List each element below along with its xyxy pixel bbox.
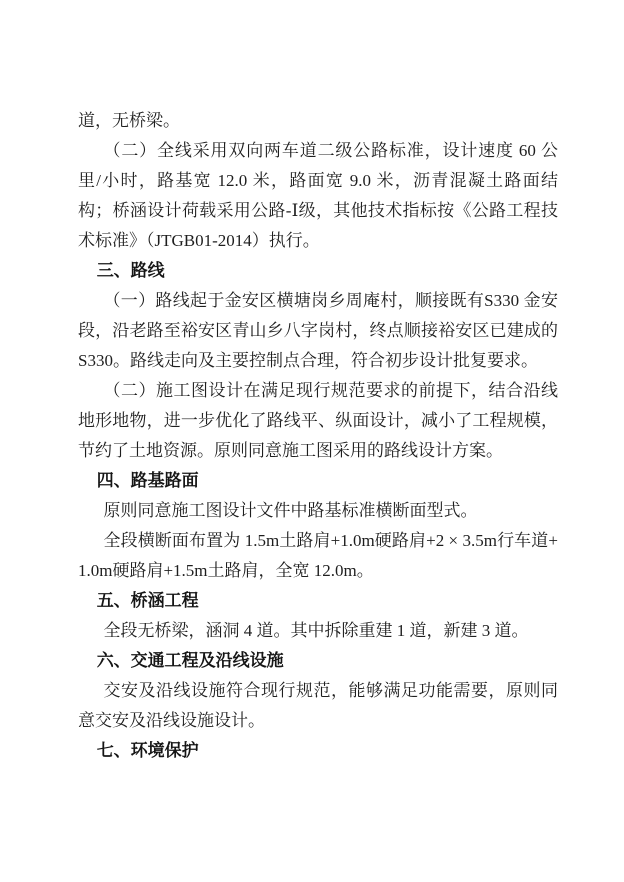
section-heading-traffic: 六、交通工程及沿线设施: [78, 646, 558, 676]
paragraph-cross-section: 全段横断面布置为 1.5m土路肩+1.0m硬路肩+2 × 3.5m行车道+1.0…: [78, 526, 558, 586]
section-heading-bridges: 五、桥涵工程: [78, 586, 558, 616]
document-page: 道，无桥梁。 （二）全线采用双向两车道二级公路标准，设计速度 60 公里/小时，…: [0, 0, 624, 882]
document-text-block: 道，无桥梁。 （二）全线采用双向两车道二级公路标准，设计速度 60 公里/小时，…: [78, 106, 558, 766]
paragraph-standards: （二）全线采用双向两车道二级公路标准，设计速度 60 公里/小时，路基宽 12.…: [78, 136, 558, 256]
paragraph-bridges-culverts: 全段无桥梁，涵洞 4 道。其中拆除重建 1 道，新建 3 道。: [78, 616, 558, 646]
section-heading-route: 三、路线: [78, 256, 558, 286]
section-heading-subgrade: 四、路基路面: [78, 466, 558, 496]
paragraph-route-item-1: （一）路线起于金安区横塘岗乡周庵村，顺接既有S330 金安段，沿老路至裕安区青山…: [78, 286, 558, 376]
paragraph-subgrade-approval: 原则同意施工图设计文件中路基标准横断面型式。: [78, 496, 558, 526]
paragraph-traffic-facilities: 交安及沿线设施符合现行规范，能够满足功能需要，原则同意交安及沿线设施设计。: [78, 676, 558, 736]
paragraph-continuation: 道，无桥梁。: [78, 106, 558, 136]
section-heading-environment: 七、环境保护: [78, 736, 558, 766]
paragraph-route-item-2: （二）施工图设计在满足现行规范要求的前提下，结合沿线地形地物，进一步优化了路线平…: [78, 376, 558, 466]
